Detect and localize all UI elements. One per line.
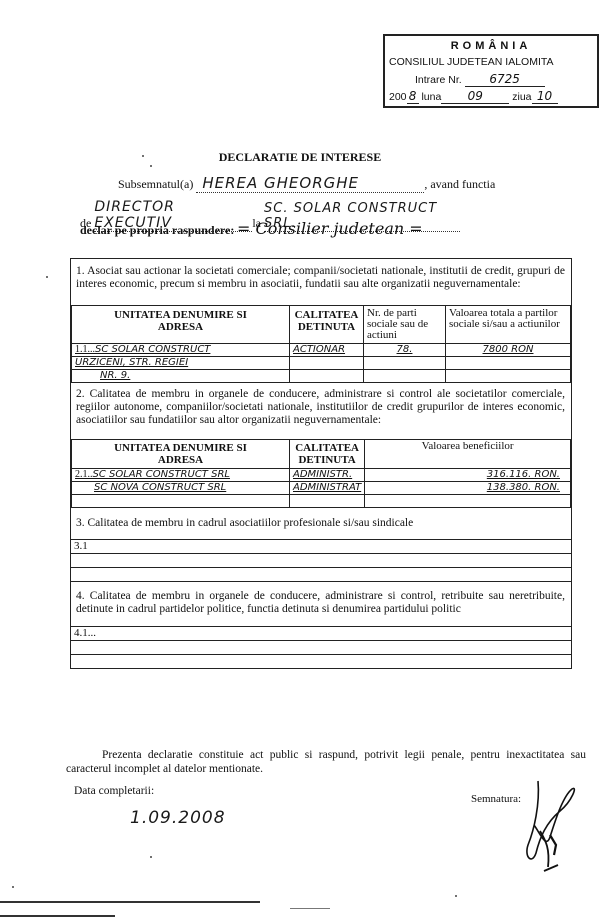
table-row: SC NOVA CONSTRUCT SRL ADMINISTRAT 138.38… (72, 482, 571, 495)
scan-speck (150, 856, 152, 858)
s2-header-quality: CALITATEA DETINUTA (290, 440, 365, 469)
s2-row1-quality: ADMINISTR. (290, 469, 365, 482)
s1-row1-quality: ACTIONAR (290, 344, 364, 357)
scan-speck (142, 155, 144, 157)
s1-row1-unit: SC SOLAR CONSTRUCT (95, 344, 210, 355)
stamp-day-label: ziua (512, 91, 531, 103)
declar-value: = Consilier judetean = (237, 219, 423, 238)
s1-header-quality: CALITATEA DETINUTA (290, 306, 364, 344)
section-1-table: UNITATEA DENUMIRE SI ADRESA CALITATEA DE… (71, 305, 571, 383)
table-row: 1.1...SC SOLAR CONSTRUCT ACTIONAR 78. 78… (72, 344, 571, 357)
scan-speck (12, 886, 14, 888)
stamp-entry-label: Intrare Nr. (415, 74, 462, 86)
declarant-line: Subsemnatul(a) HEREA GHEORGHE, avand fun… (118, 174, 495, 193)
s1-row1-value: 7800 RON (446, 344, 571, 357)
legal-statement: Prezenta declaratie constituie act publi… (66, 748, 586, 776)
s1-header-unit: UNITATEA DENUMIRE SI ADRESA (72, 306, 290, 344)
table-row: NR. 9. (72, 370, 571, 383)
table-row: 2.1..SC SOLAR CONSTRUCT SRL ADMINISTR. 3… (72, 469, 571, 482)
s1-row1-prefix: 1.1... (75, 344, 95, 355)
s1-row3-unit: NR. 9. (72, 370, 290, 383)
section-1-text: 1. Asociat sau actionar la societati com… (71, 259, 571, 295)
declaration-form: 1. Asociat sau actionar la societati com… (70, 258, 572, 669)
s2-header-unit: UNITATEA DENUMIRE SI ADRESA (72, 440, 290, 469)
s3-row-2 (71, 553, 571, 567)
s1-row1-shares: 78. (364, 344, 446, 357)
function-label: , avand functia (424, 177, 495, 191)
declar-label: declar pe propria raspundere: (80, 223, 234, 238)
document-title: DECLARATIE DE INTERESE (0, 150, 600, 165)
signature-icon (510, 775, 590, 875)
date-label: Data completarii: (74, 785, 154, 797)
scan-artifact (0, 915, 115, 917)
s1-row2-unit: URZICENI, STR. REGIEI (72, 357, 290, 370)
stamp-date: 2008 luna09 ziua10 (389, 89, 558, 104)
scan-speck (455, 895, 457, 897)
s2-row2-value: 138.380. RON. (365, 482, 571, 495)
table-row (72, 495, 571, 508)
registration-stamp: ROMÂNIA CONSILIUL JUDETEAN IALOMITA Intr… (383, 34, 599, 108)
s2-row1-prefix: 2.1.. (75, 469, 93, 480)
stamp-entry-number: 6725 (465, 72, 545, 87)
date-value: 1.09.2008 (130, 808, 226, 828)
scan-artifact (0, 901, 260, 903)
table-row: URZICENI, STR. REGIEI (72, 357, 571, 370)
scan-speck (46, 276, 48, 278)
s1-header-shares: Nr. de parti sociale sau de actiuni (364, 306, 446, 344)
stamp-country: ROMÂNIA (385, 40, 597, 52)
stamp-year-digit: 8 (407, 89, 419, 104)
s3-row-3 (71, 567, 571, 581)
stamp-month-value: 09 (441, 89, 509, 104)
stamp-year-prefix: 200 (389, 91, 407, 103)
s3-row-1: 3.1 (71, 539, 571, 553)
subsemnatul-label: Subsemnatul(a) (118, 177, 193, 191)
stamp-entry: Intrare Nr. 6725 (415, 72, 545, 87)
s4-row-2 (71, 640, 571, 654)
s2-row1-value: 316.116. RON. (365, 469, 571, 482)
declarant-name: HEREA GHEORGHE (196, 174, 359, 192)
section-4-text: 4. Calitatea de membru in organele de co… (71, 581, 571, 626)
s4-row-3 (71, 654, 571, 669)
s2-row2-unit: SC NOVA CONSTRUCT SRL (72, 482, 290, 495)
s2-row1-unit: SC SOLAR CONSTRUCT SRL (93, 469, 230, 480)
stamp-month-label: luna (421, 91, 441, 103)
stamp-day-value: 10 (532, 89, 558, 104)
stamp-institution: CONSILIUL JUDETEAN IALOMITA (389, 56, 554, 68)
s1-header-value: Valoarea totala a partilor sociale si/sa… (446, 306, 571, 344)
scan-artifact (290, 908, 330, 909)
section-2-text: 2. Calitatea de membru in organele de co… (71, 383, 571, 431)
scan-speck (150, 165, 152, 167)
section-3-text: 3. Calitatea de membru in cadrul asociat… (71, 508, 571, 539)
s2-row2-quality: ADMINISTRAT (290, 482, 365, 495)
section-2-table: UNITATEA DENUMIRE SI ADRESA CALITATEA DE… (71, 439, 571, 508)
s4-row-1: 4.1... (71, 626, 571, 640)
s2-header-value: Valoarea beneficiilor (365, 440, 571, 469)
